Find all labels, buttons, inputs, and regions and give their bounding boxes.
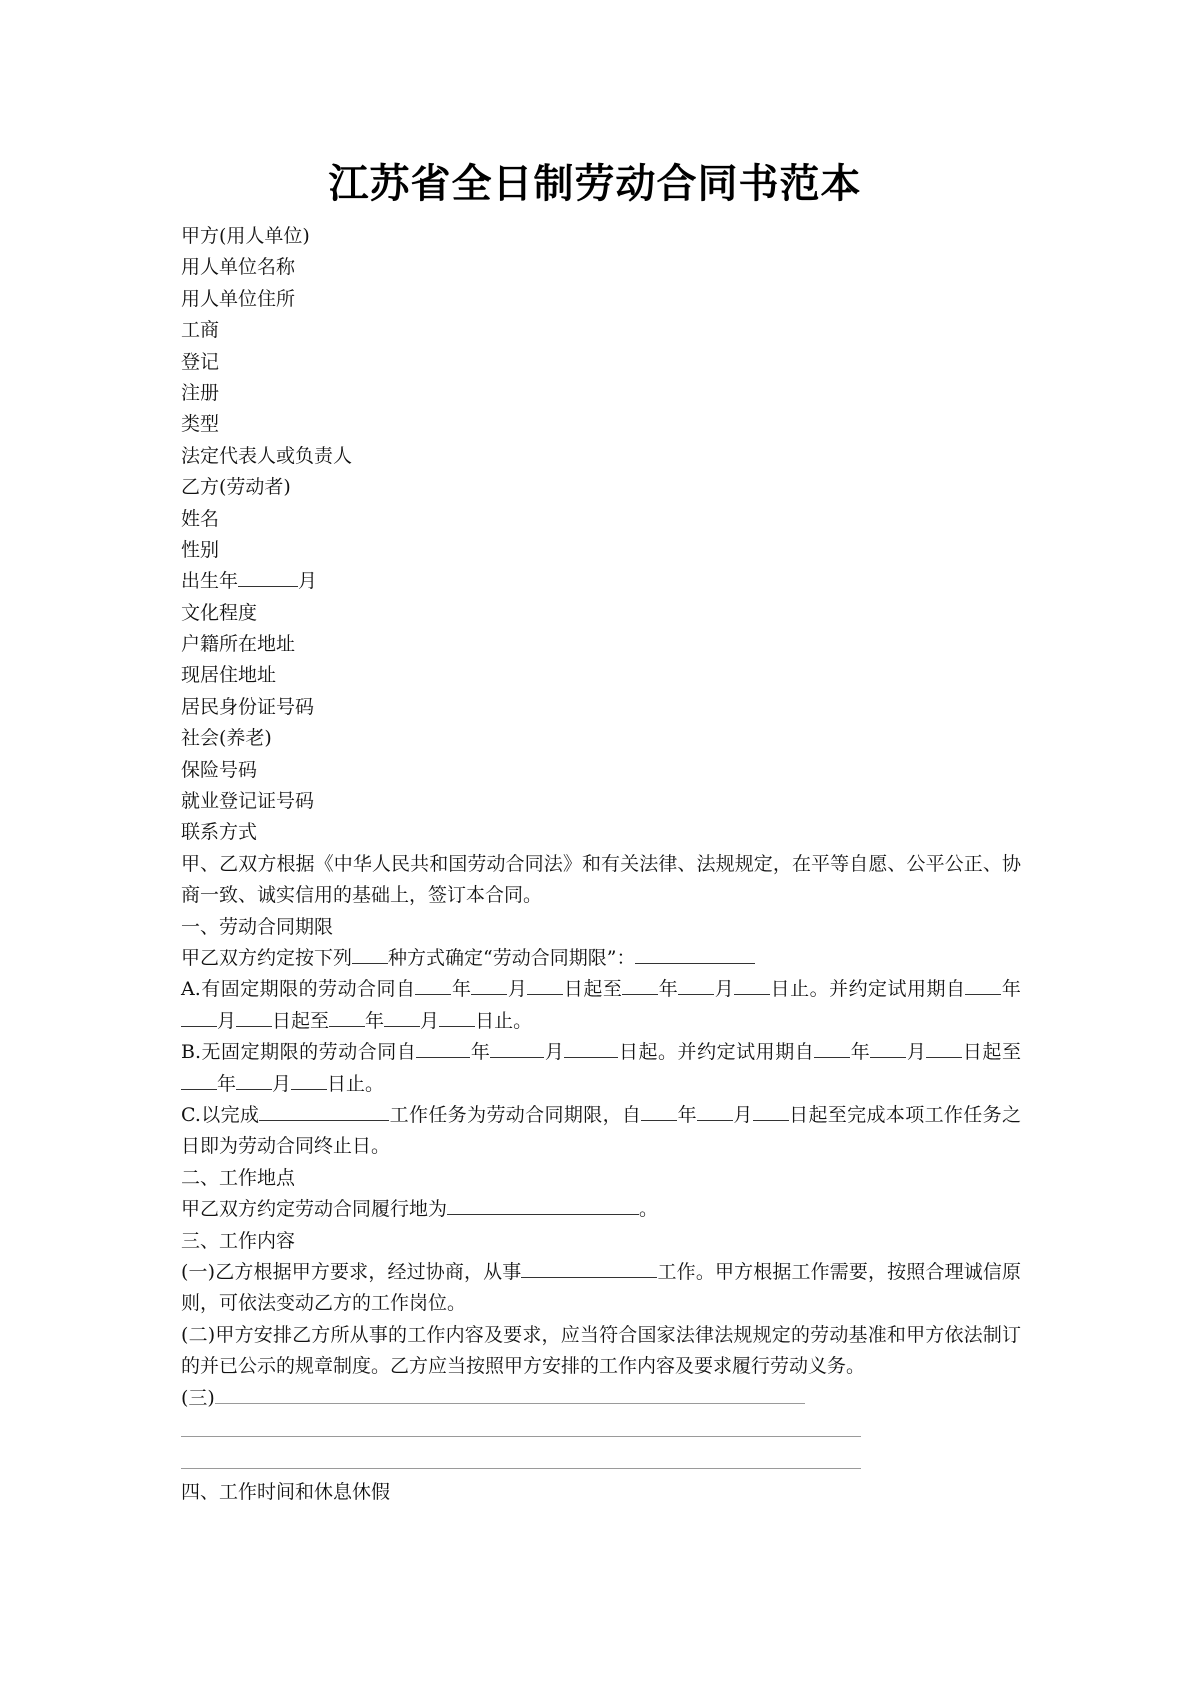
b-trial-start-day-blank[interactable]	[926, 1040, 962, 1058]
party-a-field: 用人单位住所	[181, 284, 1021, 315]
a-trial-start-month-blank[interactable]	[181, 1009, 217, 1027]
a-end-day-blank[interactable]	[734, 977, 770, 995]
a-end-year-blank[interactable]	[622, 977, 658, 995]
preamble-paragraph: 甲、乙双方根据《中华人民共和国劳动合同法》和有关法律、法规规定，在平等自愿、公平…	[181, 849, 1021, 912]
section-3-heading: 三、工作内容	[181, 1226, 1021, 1257]
birth-year-blank[interactable]	[238, 569, 298, 587]
a-trial-start-day-blank[interactable]	[236, 1009, 272, 1027]
party-b-field: 户籍所在地址	[181, 629, 1021, 660]
b-start-year-blank[interactable]	[416, 1040, 470, 1058]
a-trial-end-day-blank[interactable]	[439, 1009, 475, 1027]
party-a-field: 类型	[181, 409, 1021, 440]
party-a-field: 法定代表人或负责人	[181, 441, 1021, 472]
party-b-field: 保险号码	[181, 755, 1021, 786]
option-b-paragraph: B.无固定期限的劳动合同自年月日起。并约定试用期自年月日起至年月日止。	[181, 1037, 1021, 1100]
c-start-month-blank[interactable]	[697, 1103, 733, 1121]
a-start-year-blank[interactable]	[415, 977, 451, 995]
party-b-field: 联系方式	[181, 817, 1021, 848]
work-content-item-3: (三)	[181, 1383, 1021, 1414]
b-trial-end-year-blank[interactable]	[181, 1072, 217, 1090]
party-b-field: 现居住地址	[181, 660, 1021, 691]
a-trial-end-year-blank[interactable]	[329, 1009, 365, 1027]
b-trial-start-month-blank[interactable]	[870, 1040, 906, 1058]
a-trial-end-month-blank[interactable]	[384, 1009, 420, 1027]
method-count-blank[interactable]	[352, 946, 388, 964]
section-1-intro: 甲乙双方约定按下列种方式确定“劳动合同期限”：	[181, 943, 1021, 974]
work-content-item-1: (一)乙方根据甲方要求，经过协商，从事工作。甲方根据工作需要，按照合理诚信原则，…	[181, 1257, 1021, 1320]
a-trial-start-year-blank[interactable]	[965, 977, 1001, 995]
party-b-field: 姓名	[181, 504, 1021, 535]
party-a-field: 工商	[181, 315, 1021, 346]
item-3-blank[interactable]	[215, 1386, 805, 1404]
b-start-day-blank[interactable]	[564, 1040, 618, 1058]
party-b-field: 居民身份证号码	[181, 692, 1021, 723]
party-b-field: 性别	[181, 535, 1021, 566]
document-body: 甲方(用人单位) 用人单位名称 用人单位住所 工商 登记 注册 类型 法定代表人…	[181, 221, 1021, 1508]
work-location-line: 甲乙双方约定劳动合同履行地为。	[181, 1194, 1021, 1225]
birth-field: 出生年月	[181, 566, 1021, 597]
party-a-heading: 甲方(用人单位)	[181, 221, 1021, 252]
item-3-continuation-line[interactable]	[181, 1445, 1021, 1476]
a-start-day-blank[interactable]	[527, 977, 563, 995]
item-3-continuation-line[interactable]	[181, 1414, 1021, 1445]
document-page: 江苏省全日制劳动合同书范本 甲方(用人单位) 用人单位名称 用人单位住所 工商 …	[0, 0, 1190, 1683]
party-b-field: 文化程度	[181, 598, 1021, 629]
a-start-month-blank[interactable]	[471, 977, 507, 995]
section-2-heading: 二、工作地点	[181, 1163, 1021, 1194]
party-b-field: 社会(养老)	[181, 723, 1021, 754]
section-4-heading: 四、工作时间和休息休假	[181, 1477, 1021, 1508]
b-start-month-blank[interactable]	[490, 1040, 544, 1058]
a-end-month-blank[interactable]	[678, 977, 714, 995]
b-trial-end-month-blank[interactable]	[236, 1072, 272, 1090]
party-a-field: 注册	[181, 378, 1021, 409]
party-b-heading: 乙方(劳动者)	[181, 472, 1021, 503]
party-b-field: 就业登记证号码	[181, 786, 1021, 817]
c-task-blank[interactable]	[259, 1103, 389, 1121]
job-position-blank[interactable]	[521, 1260, 657, 1278]
work-location-blank[interactable]	[447, 1197, 639, 1215]
section-1-heading: 一、劳动合同期限	[181, 912, 1021, 943]
document-title: 江苏省全日制劳动合同书范本	[0, 160, 1190, 208]
work-content-item-2: (二)甲方安排乙方所从事的工作内容及要求，应当符合国家法律法规规定的劳动基准和甲…	[181, 1320, 1021, 1383]
b-trial-start-year-blank[interactable]	[814, 1040, 850, 1058]
c-start-day-blank[interactable]	[753, 1103, 789, 1121]
party-a-field: 登记	[181, 347, 1021, 378]
c-start-year-blank[interactable]	[641, 1103, 677, 1121]
option-c-paragraph: C.以完成工作任务为劳动合同期限，自年月日起至完成本项工作任务之日即为劳动合同终…	[181, 1100, 1021, 1163]
party-a-field: 用人单位名称	[181, 252, 1021, 283]
option-a-paragraph: A.有固定期限的劳动合同自年月日起至年月日止。并约定试用期自年月日起至年月日止。	[181, 974, 1021, 1037]
method-choice-blank[interactable]	[635, 946, 755, 964]
b-trial-end-day-blank[interactable]	[291, 1072, 327, 1090]
